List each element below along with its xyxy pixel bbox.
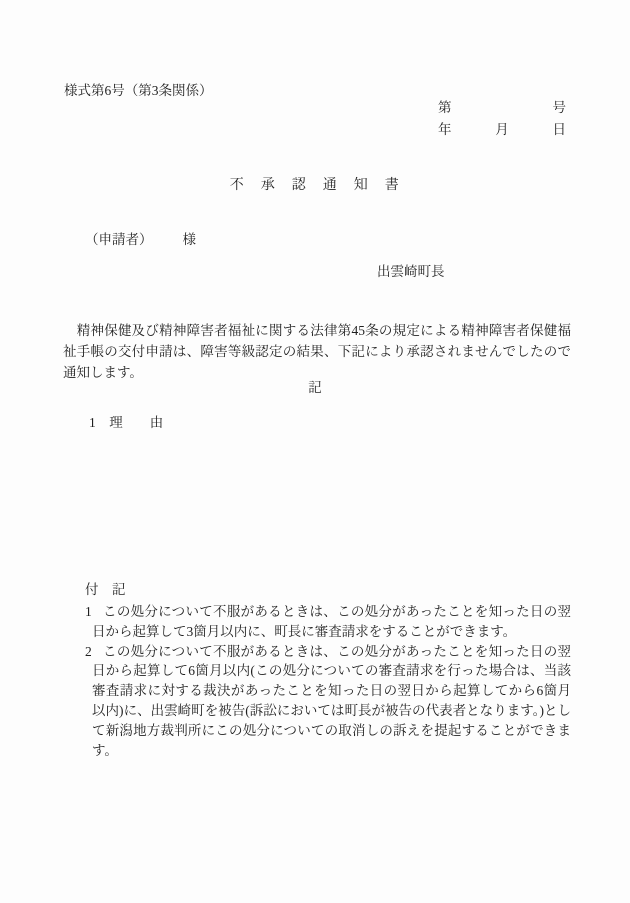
- appendix-item-number: 1: [85, 604, 92, 619]
- date-line: 年 月 日: [438, 120, 566, 140]
- applicant-line: （申請者）様: [85, 230, 196, 250]
- day-label: 日: [553, 120, 567, 140]
- applicant-honorific: 様: [183, 232, 197, 247]
- appendix-item-text: この処分について不服があるときは、この処分があったことを知った日の翌日から起算し…: [92, 644, 571, 758]
- document-title: 不 承 認 通 知 書: [0, 176, 630, 196]
- sender-name: 出雲崎町長: [377, 262, 445, 282]
- appendix-item-text: この処分について不服があるときは、この処分があったことを知った日の翌日から起算し…: [92, 604, 571, 639]
- doc-number-suffix: 号: [553, 98, 567, 118]
- body-paragraph: 精神保健及び精神障害者福祉に関する法律第45条の規定による精神障害者保健福祉手帳…: [63, 320, 571, 383]
- appendix-item-number: 2: [85, 644, 92, 659]
- document-page: 様式第6号（第3条関係） 第 号 年 月 日 不 承 認 通 知 書 （申請者）…: [0, 0, 630, 903]
- appendix-item: 1この処分について不服があるときは、この処分があったことを知った日の翌日から起算…: [63, 602, 571, 642]
- appendix-item: 2この処分について不服があるときは、この処分があったことを知った日の翌日から起算…: [63, 642, 571, 761]
- doc-number-line: 第 号: [438, 98, 566, 118]
- ki-separator: 記: [0, 378, 630, 398]
- doc-number-prefix: 第: [438, 98, 452, 118]
- appendix-heading: 付 記: [85, 580, 126, 600]
- appendix-list: 1この処分について不服があるときは、この処分があったことを知った日の翌日から起算…: [63, 602, 571, 760]
- year-label: 年: [438, 120, 452, 140]
- reason-heading: 1 理 由: [89, 413, 163, 433]
- form-label: 様式第6号（第3条関係）: [64, 81, 213, 101]
- applicant-label: （申請者）: [85, 232, 153, 247]
- month-label: 月: [495, 120, 509, 140]
